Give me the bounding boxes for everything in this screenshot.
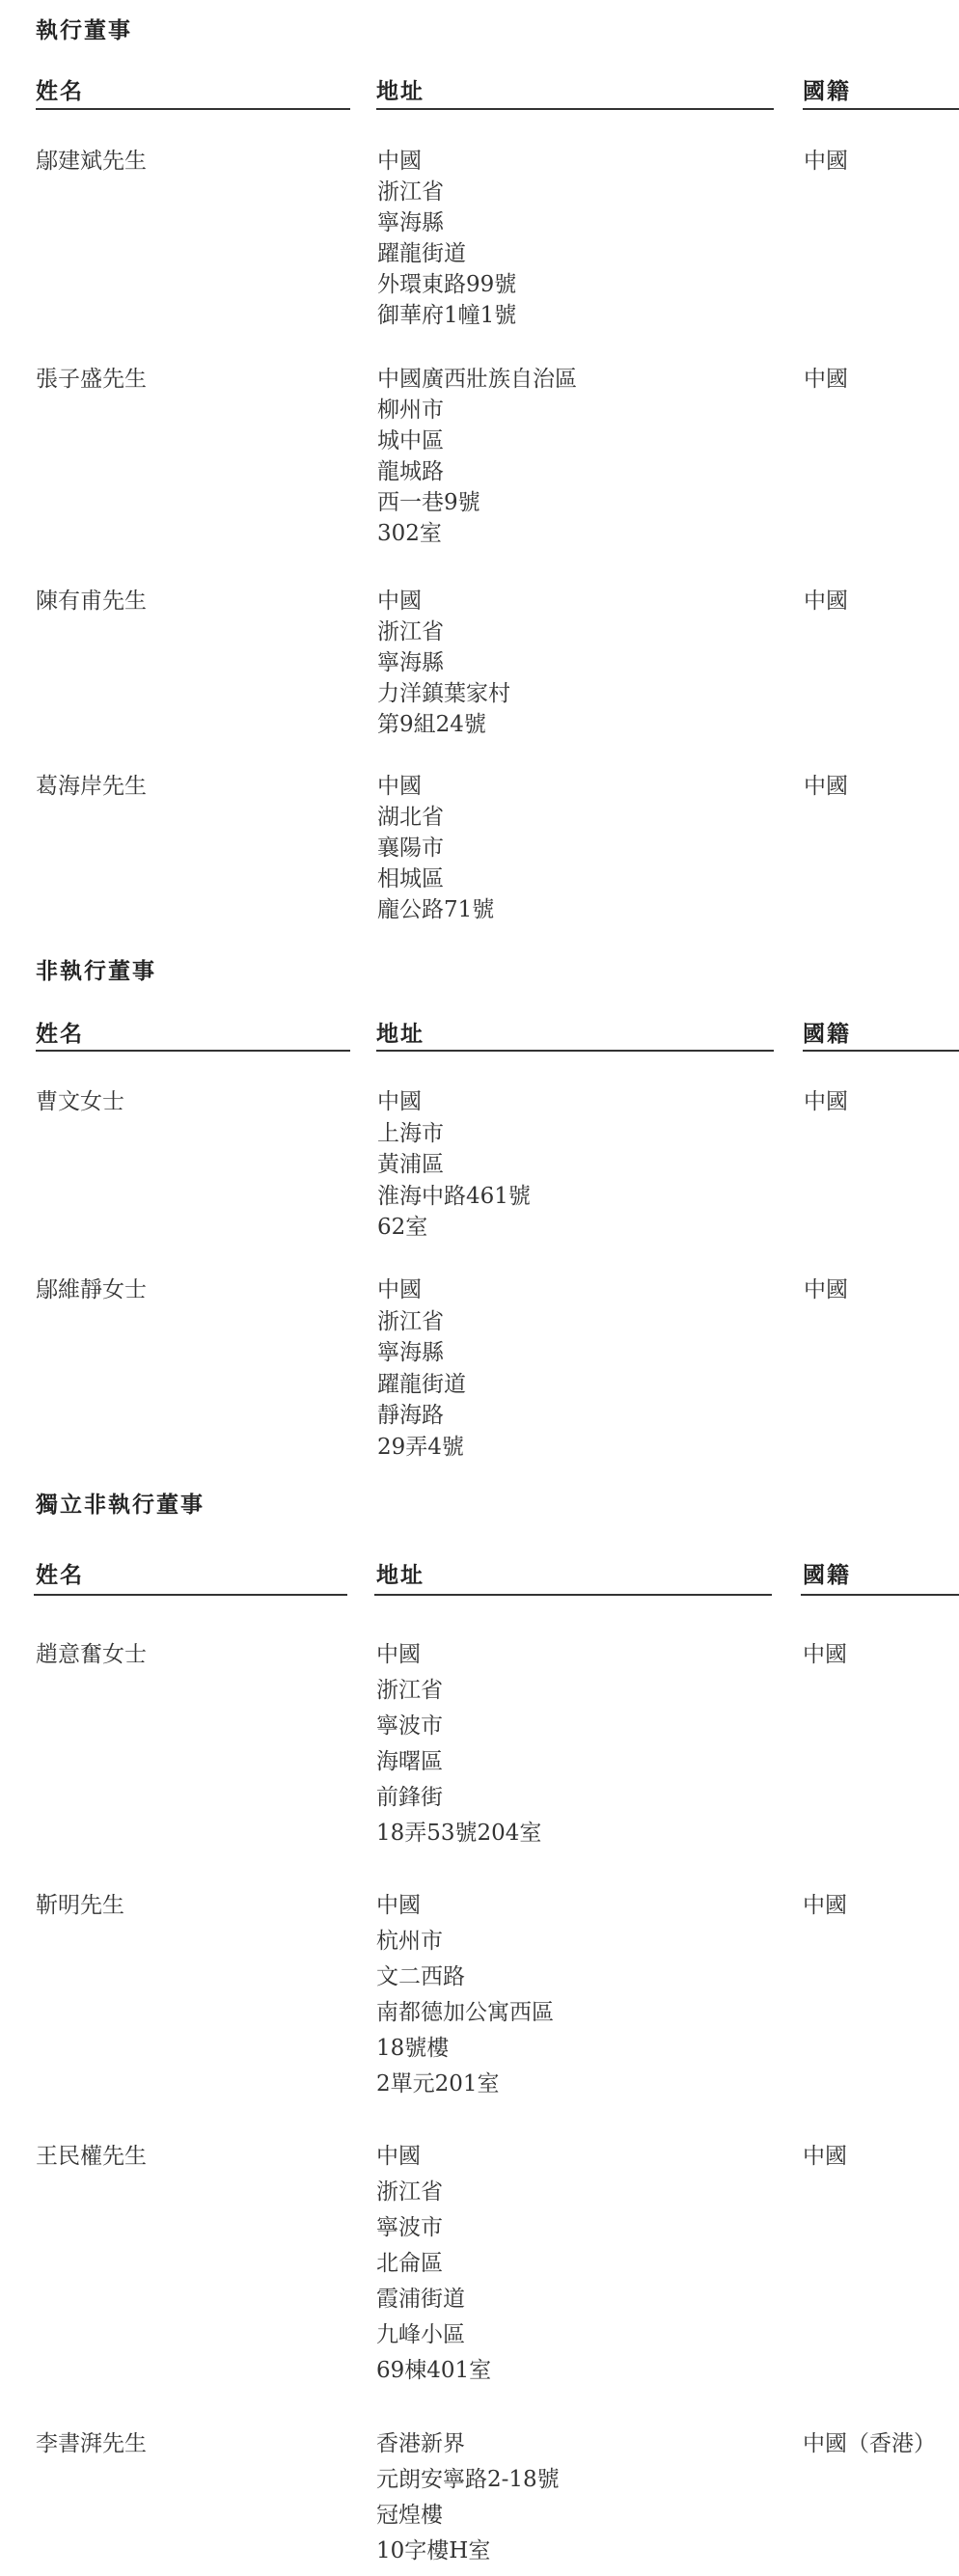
address-line: 西一巷9號 — [377, 487, 577, 518]
address-line: 冠煌樓 — [376, 2498, 560, 2534]
section-title-independent-non-executive-directors: 獨立非執行董事 — [36, 1491, 205, 1520]
header-divider-nationality — [801, 1594, 959, 1596]
director-nationality: 中國 — [804, 1086, 848, 1118]
column-header-address: 地址 — [376, 1561, 425, 1590]
address-line: 浙江省 — [376, 1673, 541, 1709]
address-line: 中國 — [377, 146, 516, 177]
address-line: 中國 — [376, 1888, 554, 1924]
address-line: 前鋒街 — [376, 1780, 541, 1816]
address-line: 寧海縣 — [377, 207, 516, 238]
address-line: 杭州市 — [376, 1924, 554, 1959]
header-divider-address — [376, 108, 774, 110]
address-line: 第9組24號 — [377, 709, 510, 740]
address-line: 文二西路 — [376, 1959, 554, 1995]
address-line: 海曙區 — [376, 1744, 541, 1780]
address-line: 襄陽市 — [377, 833, 494, 863]
column-header-nationality: 國籍 — [803, 77, 851, 106]
address-line: 寧波市 — [376, 1709, 541, 1744]
director-name: 李書湃先生 — [36, 2426, 147, 2462]
address-line: 柳州市 — [377, 395, 577, 425]
address-line: 寧波市 — [376, 2210, 491, 2246]
director-name: 王民權先生 — [36, 2139, 147, 2175]
director-address: 中國 浙江省 寧海縣 躍龍街道 外環東路99號 御華府1幢1號 — [377, 146, 516, 331]
address-line: 龐公路71號 — [377, 894, 494, 925]
address-line: 躍龍街道 — [377, 238, 516, 269]
address-line: 中國廣西壯族自治區 — [377, 364, 577, 395]
director-name: 陳有甫先生 — [36, 586, 147, 617]
header-divider-address — [374, 1594, 772, 1596]
header-divider-nationality — [803, 1050, 959, 1052]
address-line: 浙江省 — [377, 1306, 466, 1338]
header-divider-name — [36, 1050, 350, 1052]
address-line: 力洋鎮葉家村 — [377, 678, 510, 709]
director-name: 靳明先生 — [36, 1888, 124, 1924]
address-line: 62室 — [377, 1212, 531, 1244]
address-line: 浙江省 — [376, 2175, 491, 2210]
column-header-address: 地址 — [376, 1020, 425, 1049]
director-address: 中國 浙江省 寧海縣 躍龍街道 靜海路 29弄4號 — [377, 1274, 466, 1463]
address-line: 靜海路 — [377, 1400, 466, 1432]
address-line: 上海市 — [377, 1118, 531, 1150]
address-line: 城中區 — [377, 425, 577, 456]
address-line: 302室 — [377, 518, 577, 549]
address-line: 九峰小區 — [376, 2317, 491, 2353]
director-address: 香港新界 元朗安寧路2-18號 冠煌樓 10字樓H室 — [376, 2426, 560, 2569]
address-line: 69棟401室 — [376, 2353, 491, 2389]
director-address: 中國 杭州市 文二西路 南都德加公寓西區 18號樓 2單元201室 — [376, 1888, 554, 2102]
address-line: 相城區 — [377, 863, 494, 894]
section-title-non-executive-directors: 非執行董事 — [36, 957, 156, 986]
address-line: 中國 — [377, 1274, 466, 1306]
address-line: 寧海縣 — [377, 647, 510, 678]
address-line: 中國 — [377, 771, 494, 802]
header-divider-address — [376, 1050, 774, 1052]
address-line: 南都德加公寓西區 — [376, 1995, 554, 2031]
address-line: 黃浦區 — [377, 1149, 531, 1181]
header-divider-name — [34, 1594, 347, 1596]
address-line: 外環東路99號 — [377, 269, 516, 300]
address-line: 29弄4號 — [377, 1432, 466, 1464]
column-header-nationality: 國籍 — [803, 1561, 851, 1590]
address-line: 霞浦街道 — [376, 2282, 491, 2317]
director-nationality: 中國 — [804, 364, 848, 395]
director-address: 中國廣西壯族自治區 柳州市 城中區 龍城路 西一巷9號 302室 — [377, 364, 577, 549]
director-name: 鄔建斌先生 — [36, 146, 147, 177]
director-name: 鄔維靜女士 — [36, 1274, 147, 1306]
address-line: 18號樓 — [376, 2031, 554, 2067]
director-address: 中國 浙江省 寧海縣 力洋鎮葉家村 第9組24號 — [377, 586, 510, 740]
director-address: 中國 上海市 黃浦區 淮海中路461號 62室 — [377, 1086, 531, 1244]
address-line: 10字樓H室 — [376, 2534, 560, 2569]
director-name: 葛海岸先生 — [36, 771, 147, 802]
column-header-name: 姓名 — [36, 1020, 84, 1049]
address-line: 湖北省 — [377, 802, 494, 833]
director-nationality: 中國 — [804, 771, 848, 802]
address-line: 浙江省 — [377, 617, 510, 647]
address-line: 18弄53號204室 — [376, 1816, 541, 1851]
director-name: 趙意奮女士 — [36, 1637, 147, 1673]
address-line: 中國 — [377, 1086, 531, 1118]
column-header-name: 姓名 — [36, 77, 84, 106]
address-line: 龍城路 — [377, 456, 577, 487]
director-nationality: 中國 — [804, 146, 848, 177]
director-nationality: 中國 — [804, 586, 848, 617]
column-header-address: 地址 — [376, 77, 425, 106]
address-line: 元朗安寧路2-18號 — [376, 2462, 560, 2498]
address-line: 躍龍街道 — [377, 1369, 466, 1401]
director-nationality: 中國（香港） — [803, 2426, 936, 2462]
address-line: 2單元201室 — [376, 2067, 554, 2102]
column-header-nationality: 國籍 — [803, 1020, 851, 1049]
director-address: 中國 湖北省 襄陽市 相城區 龐公路71號 — [377, 771, 494, 925]
director-nationality: 中國 — [803, 1888, 847, 1924]
header-divider-name — [36, 108, 350, 110]
address-line: 北侖區 — [376, 2246, 491, 2282]
address-line: 中國 — [377, 586, 510, 617]
director-nationality: 中國 — [803, 1637, 847, 1673]
director-address: 中國 浙江省 寧波市 海曙區 前鋒街 18弄53號204室 — [376, 1637, 541, 1851]
address-line: 寧海縣 — [377, 1337, 466, 1369]
director-nationality: 中國 — [803, 2139, 847, 2175]
header-divider-nationality — [803, 108, 959, 110]
section-title-executive-directors: 執行董事 — [36, 16, 132, 45]
address-line: 香港新界 — [376, 2426, 560, 2462]
address-line: 浙江省 — [377, 177, 516, 207]
address-line: 中國 — [376, 1637, 541, 1673]
director-nationality: 中國 — [804, 1274, 848, 1306]
address-line: 御華府1幢1號 — [377, 300, 516, 331]
director-name: 張子盛先生 — [36, 364, 147, 395]
director-address: 中國 浙江省 寧波市 北侖區 霞浦街道 九峰小區 69棟401室 — [376, 2139, 491, 2389]
address-line: 淮海中路461號 — [377, 1181, 531, 1213]
address-line: 中國 — [376, 2139, 491, 2175]
column-header-name: 姓名 — [36, 1561, 84, 1590]
director-name: 曹文女士 — [36, 1086, 124, 1118]
